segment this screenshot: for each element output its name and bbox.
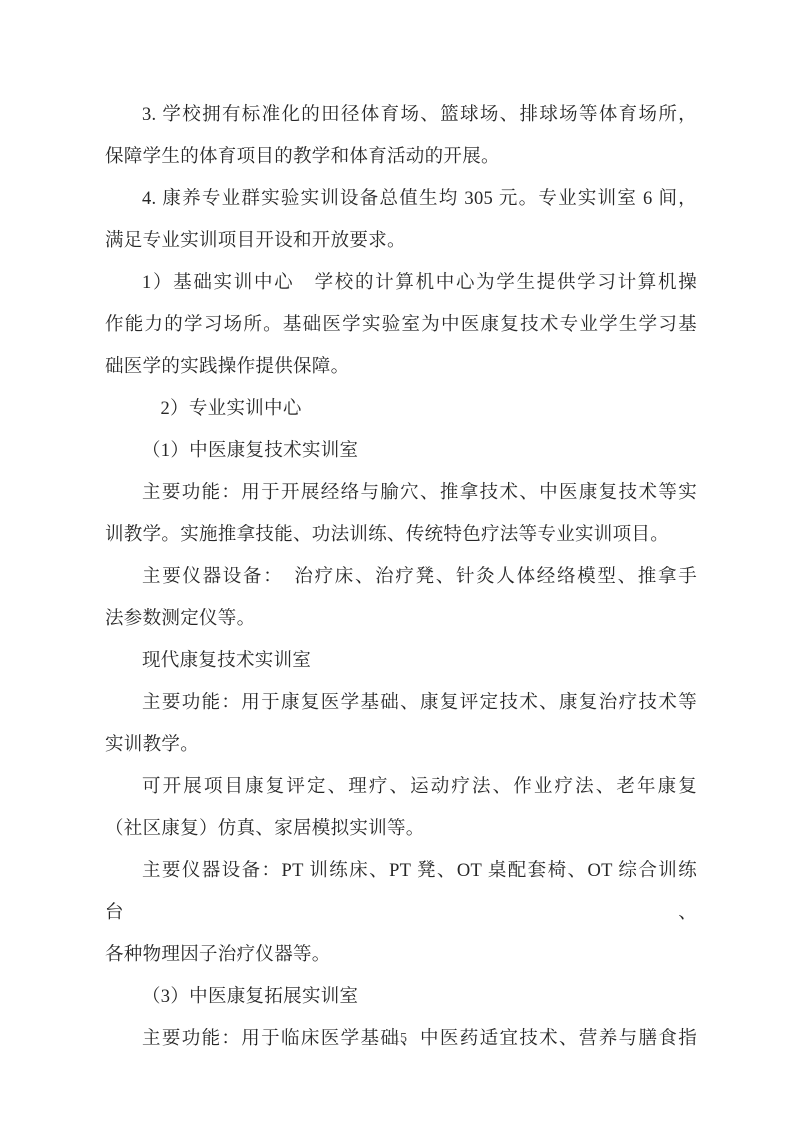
text-line: 主要仪器设备：PT 训练床、PT 凳、OT 桌配套椅、OT 综合训练台、 [105,850,697,934]
text-line: 各种物理因子治疗仪器等。 [105,934,697,976]
text-line: 可开展项目康复评定、理疗、运动疗法、作业疗法、老年康复 [105,766,697,808]
document-page: 3. 学校拥有标准化的田径体育场、篮球场、排球场等体育场所，保障学生的体育项目的… [0,0,800,1131]
paragraph: 4. 康养专业群实验实训设备总值生均 305 元。专业实训室 6 间，满足专业实… [105,178,697,262]
text-line: 作能力的学习场所。基础医学实验室为中医康复技术专业学生学习基 [105,304,697,346]
text-line: 保障学生的体育项目的教学和体育活动的开展。 [105,136,697,178]
paragraph: 主要仪器设备： 治疗床、治疗凳、针灸人体经络模型、推拿手法参数测定仪等。 [105,556,697,640]
text-line: 础医学的实践操作提供保障。 [105,346,697,388]
text-line: 主要功能：用于康复医学基础、康复评定技术、康复治疗技术等 [105,682,697,724]
text-line: 法参数测定仪等。 [105,598,697,640]
paragraph: 3. 学校拥有标准化的田径体育场、篮球场、排球场等体育场所，保障学生的体育项目的… [105,94,697,178]
page-number: 15 [393,1031,407,1046]
page-footer: 15 [0,1030,800,1047]
document-body: 3. 学校拥有标准化的田径体育场、篮球场、排球场等体育场所，保障学生的体育项目的… [105,94,697,1060]
text-line: 主要仪器设备： 治疗床、治疗凳、针灸人体经络模型、推拿手 [105,556,697,598]
text-line: 4. 康养专业群实验实训设备总值生均 305 元。专业实训室 6 间， [105,178,697,220]
paragraph: （1）中医康复技术实训室 [105,430,697,472]
paragraph: 现代康复技术实训室 [105,640,697,682]
paragraph: 可开展项目康复评定、理疗、运动疗法、作业疗法、老年康复（社区康复）仿真、家居模拟… [105,766,697,850]
text-line: 主要功能：用于开展经络与腧穴、推拿技术、中医康复技术等实 [105,472,697,514]
paragraph: 1）基础实训中心 学校的计算机中心为学生提供学习计算机操作能力的学习场所。基础医… [105,262,697,388]
paragraph: 主要功能：用于康复医学基础、康复评定技术、康复治疗技术等实训教学。 [105,682,697,766]
paragraph: 2）专业实训中心 [105,388,697,430]
paragraph: 主要功能：用于开展经络与腧穴、推拿技术、中医康复技术等实训教学。实施推拿技能、功… [105,472,697,556]
text-line: 满足专业实训项目开设和开放要求。 [105,220,697,262]
paragraph: 主要仪器设备：PT 训练床、PT 凳、OT 桌配套椅、OT 综合训练台、各种物理… [105,850,697,976]
text-line: 2）专业实训中心 [105,388,697,430]
text-line: 实训教学。 [105,724,697,766]
paragraph: （3）中医康复拓展实训室 [105,976,697,1018]
text-line: （社区康复）仿真、家居模拟实训等。 [105,808,697,850]
text-line: （1）中医康复技术实训室 [105,430,697,472]
text-line: 1）基础实训中心 学校的计算机中心为学生提供学习计算机操 [105,262,697,304]
text-line: 现代康复技术实训室 [105,640,697,682]
text-line: （3）中医康复拓展实训室 [105,976,697,1018]
text-line: 训教学。实施推拿技能、功法训练、传统特色疗法等专业实训项目。 [105,514,697,556]
text-line: 3. 学校拥有标准化的田径体育场、篮球场、排球场等体育场所， [105,94,697,136]
